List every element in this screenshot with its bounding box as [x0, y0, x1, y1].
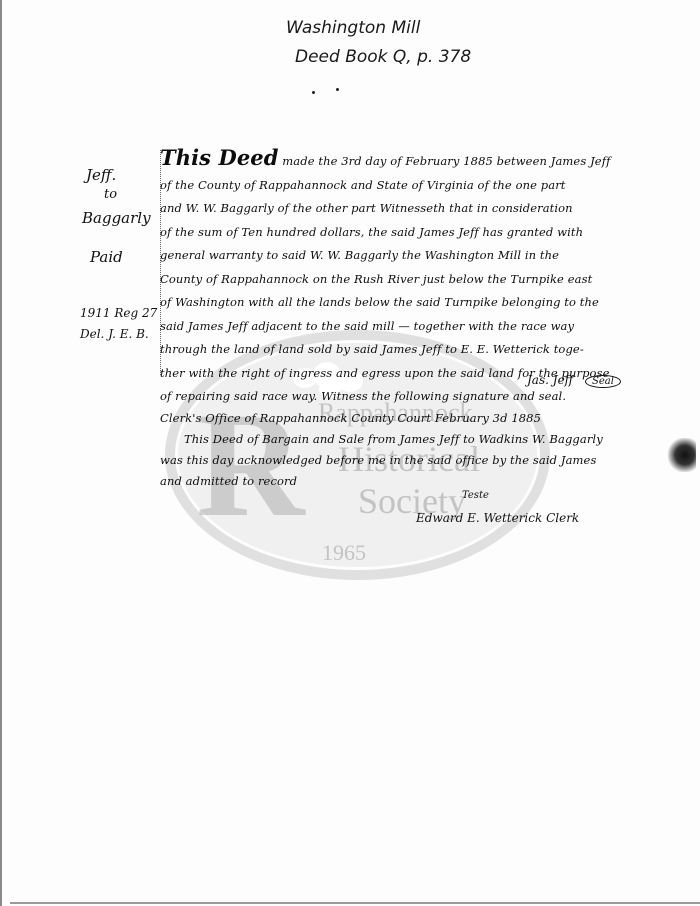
seal-mark: Seal [585, 375, 621, 388]
deed-page: R Rappahannock Historical Society 1965 W… [0, 0, 700, 906]
ack-line: This Deed of Bargain and Sale from James… [160, 429, 700, 450]
margin-note-date: 1911 Reg 27 [80, 306, 157, 320]
document-title: Washington Mill [286, 18, 420, 38]
deed-line: and W. W. Baggarly of the other part Wit… [160, 197, 690, 221]
document-reference: Deed Book Q, p. 378 [295, 47, 471, 67]
margin-note-to: to [104, 187, 117, 202]
ack-line: was this day acknowledged before me in t… [160, 450, 700, 471]
ack-line: and admitted to record [160, 471, 700, 492]
margin-note-grantee: Baggarly [82, 209, 151, 227]
deed-line: County of Rappahannock on the Rush River… [160, 268, 690, 292]
stray-marks [310, 88, 340, 94]
ink-smudge [668, 438, 696, 472]
deed-line: said James Jeff adjacent to the said mil… [160, 315, 690, 339]
deed-line: general warranty to said W. W. Baggarly … [160, 244, 690, 268]
watermark-year: 1965 [322, 540, 366, 566]
teste-label: Teste [462, 490, 489, 501]
deed-line: of the sum of Ten hundred dollars, the s… [160, 221, 690, 245]
clerk-acknowledgement: Clerk's Office of Rappahannock County Co… [160, 408, 700, 492]
margin-note-delivered: Del. J. E. B. [80, 327, 149, 341]
page-edge [0, 0, 2, 906]
grantor-signature: Jas. Jeff Seal [527, 373, 621, 388]
deed-line: of the County of Rappahannock and State … [160, 174, 690, 198]
clerk-signature: Edward E. Wetterick Clerk [416, 511, 579, 525]
deed-line: through the land of land sold by said Ja… [160, 338, 690, 362]
deed-line: of Washington with all the lands below t… [160, 291, 690, 315]
ack-line: Clerk's Office of Rappahannock County Co… [160, 408, 700, 429]
deed-line: This Deed made the 3rd day of February 1… [160, 146, 690, 174]
deed-body: This Deed made the 3rd day of February 1… [160, 146, 690, 409]
margin-note-paid: Paid [90, 248, 123, 266]
deed-line: of repairing said race way. Witness the … [160, 385, 690, 409]
margin-note-grantor: Jeff. [86, 166, 116, 184]
deed-opening: This Deed [160, 145, 279, 170]
page-bottom-edge [10, 902, 700, 904]
